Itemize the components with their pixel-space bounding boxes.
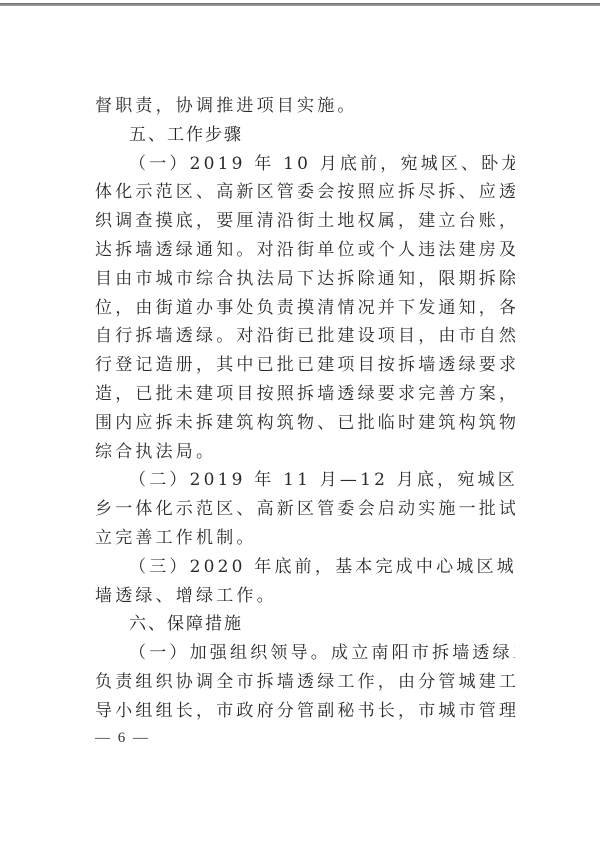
paragraph-line: 目由市城市综合执法局下达拆除通知，限期拆除。对沿街公建单	[95, 265, 515, 294]
section-heading-safeguards: 六、保障措施	[95, 610, 515, 639]
paragraph-line: （一）2019 年 10 月底前，宛城区、卧龙区人民政府，城乡一	[95, 150, 515, 179]
paragraph-line: （一）加强组织领导。成立南阳市拆墙透绿工作领导小组	[95, 639, 515, 668]
paragraph-line: 导小组组长，市政府分管副秘书长，市城市管理局、市自然资源	[95, 697, 515, 726]
paragraph-line: 位，由街道办事处负责摸清情况并下发通知，各公建单位按要求	[95, 294, 515, 323]
paragraph-step-2: （二）2019 年 11 月—12 月底，宛城区、卧龙区人民政府，城 乡一体化示…	[95, 466, 515, 552]
paragraph-line: 行登记造册，其中已批已建项目按拆墙透绿要求进行拆除或改	[95, 351, 515, 380]
paragraph-line: 围内应拆未拆建筑构筑物、已批临时建筑构筑物清单移交市城市	[95, 409, 515, 438]
paragraph-line: 织调查摸底，要厘清沿街土地权属，建立台账，制定工作计划，下	[95, 207, 515, 236]
page-number: — 6 —	[95, 730, 150, 747]
paragraph-line: 乡一体化示范区、高新区管委会启动实施一批试点示范项目，建	[95, 495, 515, 524]
paragraph-line: 立完善工作机制。	[95, 524, 515, 553]
paragraph-line: 达拆墙透绿通知。对沿街单位或个人违法建房及其他违法建设项	[95, 236, 515, 265]
paragraph-measure-1: （一）加强组织领导。成立南阳市拆墙透绿工作领导小组 负责组织协调全市拆墙透绿工作…	[95, 639, 515, 725]
paragraph-line: 督职责，协调推进项目实施。	[95, 92, 515, 121]
paragraph-line: （二）2019 年 11 月—12 月底，宛城区、卧龙区人民政府，城	[95, 466, 515, 495]
paragraph-step-1: （一）2019 年 10 月底前，宛城区、卧龙区人民政府，城乡一 体化示范区、高…	[95, 150, 515, 467]
scan-top-edge	[0, 3, 600, 6]
paragraph-line: 体化示范区、高新区管委会按照应拆尽拆、应透尽透的原则，组	[95, 178, 515, 207]
paragraph-step-3: （三）2020 年底前，基本完成中心城区城市主要道路两侧拆 墙透绿、增绿工作。	[95, 553, 515, 611]
paragraph-line: 墙透绿、增绿工作。	[95, 582, 515, 611]
paragraph-line: 自行拆墙透绿。对沿街已批建设项目，由市自然资源和规划局进	[95, 322, 515, 351]
document-page: 督职责，协调推进项目实施。 五、工作步骤 （一）2019 年 10 月底前，宛城…	[95, 92, 515, 726]
paragraph-line: 负责组织协调全市拆墙透绿工作，由分管城建工作的副市长任领	[95, 668, 515, 697]
section-heading-work-steps: 五、工作步骤	[95, 121, 515, 150]
paragraph-line: 造，已批未建项目按照拆墙透绿要求完善方案，已批项目用地范	[95, 380, 515, 409]
paragraph-line: （三）2020 年底前，基本完成中心城区城市主要道路两侧拆	[95, 553, 515, 582]
paragraph-line: 综合执法局。	[95, 438, 515, 467]
